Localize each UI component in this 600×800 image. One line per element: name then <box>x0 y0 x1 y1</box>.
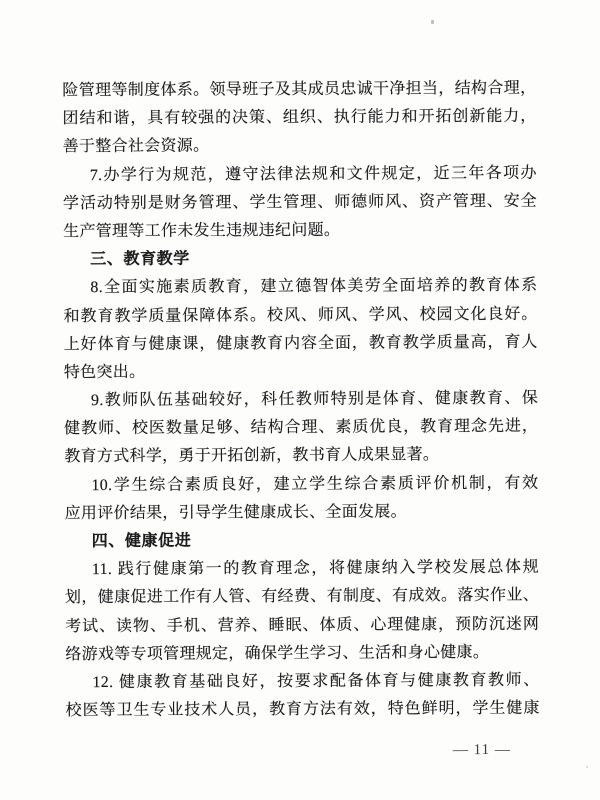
text-line: 善于整合社会资源。 <box>63 131 537 162</box>
text-line: 险管理等制度体系。领导班子及其成员忠诚干净担当，结构合理， <box>62 75 536 106</box>
text-line: 络游戏等专项管理规定，确保学生学习、生活和身心健康。 <box>65 639 539 670</box>
text-line: 和教育教学质量保障体系。校风、师风、学风、校园文化良好。 <box>63 300 537 331</box>
text-line: 生产管理等工作未发生违规违纪问题。 <box>63 216 537 247</box>
text-line: 健教师、校医数量足够、结构合理、素质优良，教育理念先进， <box>64 413 538 444</box>
text-line: 11. 践行健康第一的教育理念，将健康纳入学校发展总体规 <box>65 554 539 585</box>
section-heading: 三、教育教学 <box>63 244 537 275</box>
text-line: 10.学生综合素质良好，建立学生综合素质评价机制，有效 <box>64 469 538 500</box>
text-line: 12. 健康教育基础良好，按要求配备体育与健康教育教师、 <box>65 667 539 698</box>
document-body: 险管理等制度体系。领导班子及其成员忠诚干净担当，结构合理，团结和谐，具有较强的决… <box>62 75 539 726</box>
page-number: — 11 — <box>453 742 511 759</box>
text-line: 学活动特别是财务管理、学生管理、师德师风、资产管理、安全 <box>63 188 537 219</box>
text-line: 8.全面实施素质教育，建立德智体美劳全面培养的教育体系 <box>63 272 537 303</box>
text-line: 9.教师队伍基础较好，科任教师特别是体育、健康教育、保 <box>64 385 538 416</box>
scan-speck <box>431 20 434 24</box>
text-line: 7.办学行为规范，遵守法律法规和文件规定，近三年各项办 <box>63 159 537 190</box>
scan-speck <box>586 766 588 768</box>
text-line: 应用评价结果，引导学生健康成长、全面发展。 <box>65 498 539 529</box>
text-line: 校医等卫生专业技术人员，教育方法有效，特色鲜明，学生健康 <box>66 695 540 726</box>
scanned-document-page: 险管理等制度体系。领导班子及其成员忠诚干净担当，结构合理，团结和谐，具有较强的决… <box>0 0 600 800</box>
scan-tilt-layer: 险管理等制度体系。领导班子及其成员忠诚干净担当，结构合理，团结和谐，具有较强的决… <box>0 0 600 800</box>
text-line: 特色突出。 <box>64 357 538 388</box>
text-line: 教育方式科学，勇于开拓创新，教书育人成果显著。 <box>64 441 538 472</box>
text-line: 考试、读物、手机、营养、睡眠、体质、心理健康，预防沉迷网 <box>65 610 539 641</box>
text-line: 划，健康促进工作有人管、有经费、有制度、有成效。落实作业、 <box>65 582 539 613</box>
section-heading: 四、健康促进 <box>65 526 539 557</box>
text-line: 团结和谐，具有较强的决策、组织、执行能力和开拓创新能力， <box>62 103 536 134</box>
text-line: 上好体育与健康课，健康教育内容全面，教育教学质量高，育人 <box>64 328 538 359</box>
